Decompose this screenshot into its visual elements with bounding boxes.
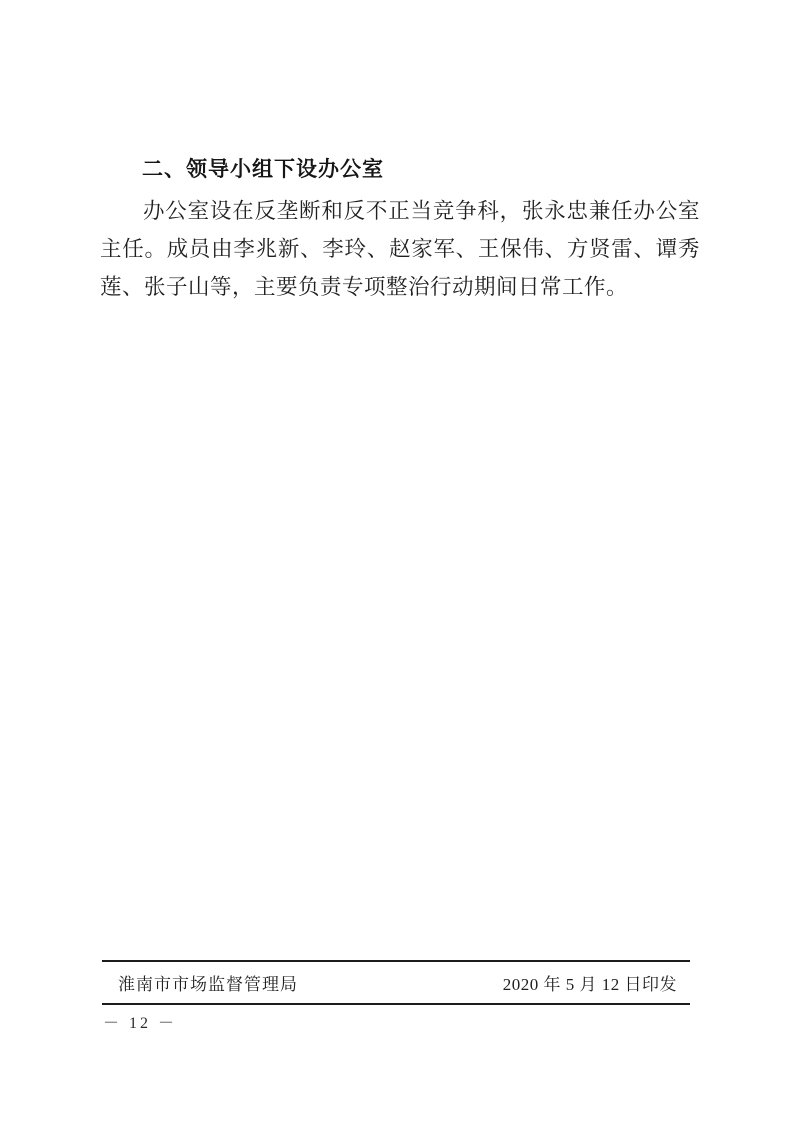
footer-rule-box: 淮南市市场监督管理局 2020 年 5 月 12 日印发 — [102, 960, 690, 1005]
page-number: － 12 － — [103, 1010, 177, 1033]
body-paragraph: 办公室设在反垄断和反不正当竞争科，张永忠兼任办公室主任。成员由李兆新、李玲、赵家… — [100, 192, 700, 306]
document-content: 二、领导小组下设办公室 办公室设在反垄断和反不正当竞争科，张永忠兼任办公室主任。… — [100, 156, 700, 306]
document-page: 二、领导小组下设办公室 办公室设在反垄断和反不正当竞争科，张永忠兼任办公室主任。… — [0, 0, 793, 1123]
issuer-name: 淮南市市场监督管理局 — [118, 970, 298, 995]
print-date: 2020 年 5 月 12 日印发 — [503, 970, 677, 995]
section-heading: 二、领导小组下设办公室 — [100, 156, 700, 184]
